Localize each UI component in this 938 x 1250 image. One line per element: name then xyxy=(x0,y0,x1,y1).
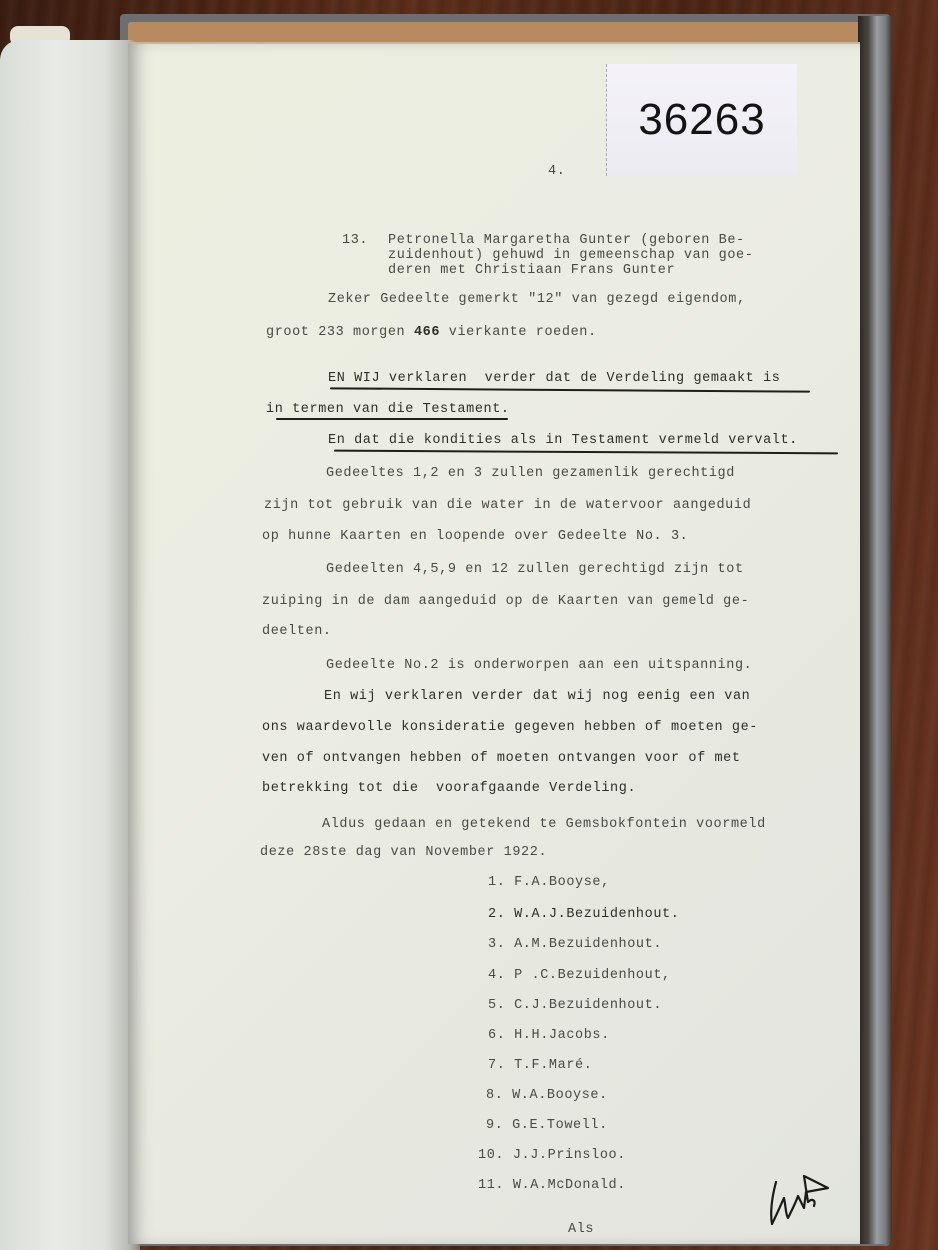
body-line: Aldus gedaan en getekend te Gemsbokfonte… xyxy=(322,817,766,832)
signatory: 11. W.A.McDonald. xyxy=(478,1178,626,1193)
body-line: Gedeeltes 1,2 en 3 zullen gezamenlik ger… xyxy=(326,466,735,481)
body-line: zijn tot gebruik van die water in de wat… xyxy=(264,498,751,513)
signatory-name: F.A.Booyse, xyxy=(514,875,610,890)
declaration-line: En dat die kondities als in Testament ve… xyxy=(328,433,798,448)
body-line: zuiping in de dam aangeduid op de Kaarte… xyxy=(262,594,749,609)
signatory: 7. T.F.Maré. xyxy=(488,1058,592,1073)
signatory: 2. W.A.J.Bezuidenhout. xyxy=(488,907,679,922)
body-line: deelten. xyxy=(262,624,332,639)
signatory: 9. G.E.Towell. xyxy=(486,1118,608,1133)
archive-number-label: 36263 xyxy=(606,64,797,176)
signatory-name: G.E.Towell. xyxy=(512,1118,608,1133)
signatory-name: J.J.Prinsloo. xyxy=(513,1148,626,1163)
body-line: betrekking tot die voorafgaande Verdelin… xyxy=(262,781,636,796)
body-line: Gedeelten 4,5,9 en 12 zullen gerechtigd … xyxy=(326,562,744,577)
signatory-name: P .C.Bezuidenhout, xyxy=(514,968,671,983)
signatory: 6. H.H.Jacobs. xyxy=(488,1028,610,1043)
body-line: ven of ontvangen hebben of moeten ontvan… xyxy=(262,751,741,766)
body-line: En wij verklaren verder dat wij nog eeni… xyxy=(324,689,750,704)
body-line: ons waardevolle konsideratie gegeven heb… xyxy=(262,720,758,735)
signatory-number: 8. xyxy=(486,1088,503,1103)
catchword: Als xyxy=(568,1222,594,1237)
declaration-line: in termen van die Testament. xyxy=(266,402,510,417)
signatory-name: W.A.J.Bezuidenhout. xyxy=(514,907,679,922)
signatory-number: 3. xyxy=(488,937,505,952)
page-number: 4. xyxy=(548,164,565,179)
parcel-size: groot 233 morgen 466 vierkante roeden. xyxy=(266,325,597,340)
entry-line: deren met Christiaan Frans Gunter xyxy=(388,263,675,278)
signatory: 3. A.M.Bezuidenhout. xyxy=(488,937,662,952)
signatory-number: 5. xyxy=(488,998,505,1013)
signatory-name: A.M.Bezuidenhout. xyxy=(514,937,662,952)
signatory: 10. J.J.Prinsloo. xyxy=(478,1148,626,1163)
parcel-description: Zeker Gedeelte gemerkt "12" van gezegd e… xyxy=(328,292,746,307)
signatory-number: 4. xyxy=(488,968,505,983)
parcel-size-number: 466 xyxy=(414,325,440,340)
signatory-name: T.F.Maré. xyxy=(514,1058,592,1073)
signatory: 8. W.A.Booyse. xyxy=(486,1088,608,1103)
book-spine-edge xyxy=(858,16,892,1244)
signatory: 4. P .C.Bezuidenhout, xyxy=(488,968,671,983)
signatory-name: H.H.Jacobs. xyxy=(514,1028,610,1043)
signatory-name: C.J.Bezuidenhout. xyxy=(514,998,662,1013)
signatory-number: 11. xyxy=(478,1178,504,1193)
entry-number: 13. xyxy=(342,233,368,248)
entry-line: Petronella Margaretha Gunter (geboren Be… xyxy=(388,233,745,248)
parcel-size-prefix: groot 233 morgen xyxy=(266,325,414,340)
entry-line: zuidenhout) gehuwd in gemeenschap van go… xyxy=(388,248,753,263)
signatory-number: 10. xyxy=(478,1148,504,1163)
left-page-curl xyxy=(0,40,140,1250)
handwritten-initials-icon xyxy=(768,1172,838,1232)
signatory-name: W.A.Booyse. xyxy=(512,1088,608,1103)
archive-number: 36263 xyxy=(638,95,765,145)
signatory-number: 1. xyxy=(488,875,505,890)
signatory-name: W.A.McDonald. xyxy=(513,1178,626,1193)
signatory: 5. C.J.Bezuidenhout. xyxy=(488,998,662,1013)
signatory-number: 9. xyxy=(486,1118,503,1133)
signatory-number: 7. xyxy=(488,1058,505,1073)
body-line: op hunne Kaarten en loopende over Gedeel… xyxy=(262,529,688,544)
parcel-size-suffix: vierkante roeden. xyxy=(440,325,597,340)
signatory-number: 2. xyxy=(488,907,505,922)
body-line: Gedeelte No.2 is onderworpen aan een uit… xyxy=(326,658,752,673)
signatory: 1. F.A.Booyse, xyxy=(488,875,610,890)
handwritten-underline xyxy=(276,418,508,420)
declaration-line: EN WIJ verklaren verder dat de Verdeling… xyxy=(328,371,780,386)
signatory-number: 6. xyxy=(488,1028,505,1043)
body-line: deze 28ste dag van November 1922. xyxy=(260,845,547,860)
